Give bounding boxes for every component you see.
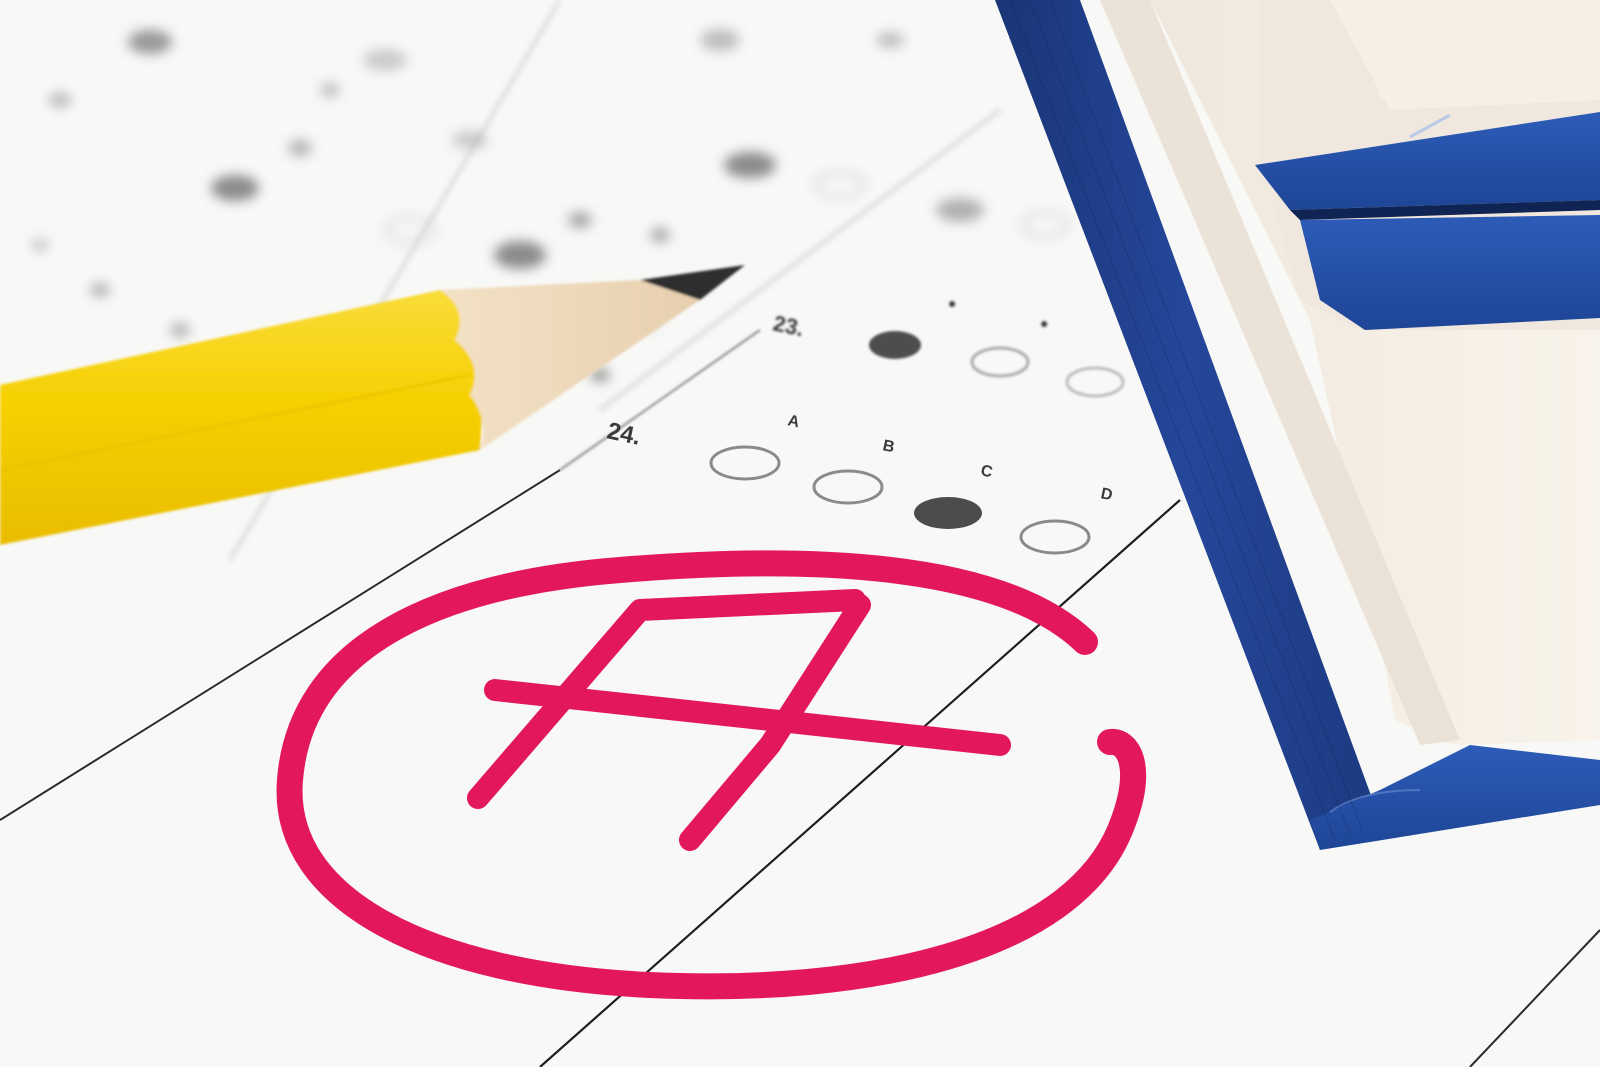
photo-scene: 23. ● ● 24. A B C D bbox=[0, 0, 1600, 1067]
scene-illustration: 23. ● ● 24. A B C D bbox=[0, 0, 1600, 1067]
choice-label-23-c: ● bbox=[1040, 315, 1048, 331]
bubble-23-a-filled[interactable] bbox=[869, 331, 921, 359]
choice-label-23-b: ● bbox=[948, 295, 956, 311]
bubble-24-c-filled[interactable] bbox=[914, 497, 982, 529]
book-cover-upper-bottom bbox=[1300, 215, 1600, 330]
